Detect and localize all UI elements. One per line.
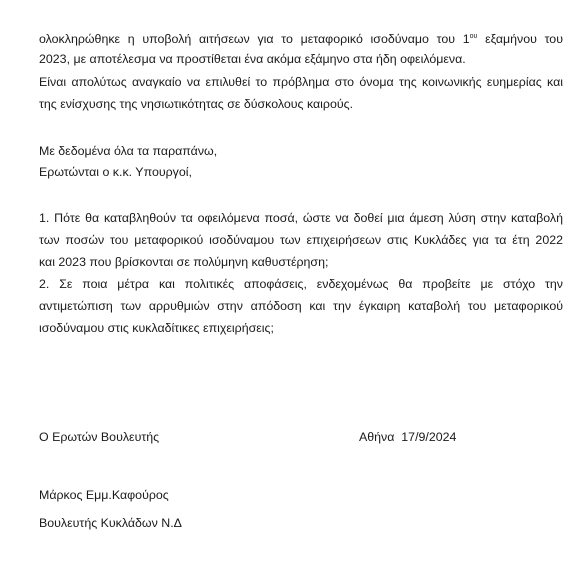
paragraph-2-line-2: της ενίσχυσης της νησιωτικότητας σε δύσκ…: [39, 96, 353, 112]
question-1-line-2: των ποσών του μεταφορικού ισοδύναμου των…: [39, 232, 563, 248]
signature-role-label: Ο Ερωτών Βουλευτής: [39, 429, 159, 445]
question-2-line-1: 2. Σε ποια μέτρα και πολιτικές αποφάσεις…: [39, 276, 563, 292]
paragraph-1-line-2: 2023, με αποτέλεσμα να προστίθεται ένα α…: [39, 51, 466, 67]
signatory-title: Βουλευτής Κυκλάδων Ν.Δ: [39, 515, 182, 531]
place-date: Αθήνα 17/9/2024: [359, 429, 456, 445]
question-2-line-3: ισοδύναμου στις κυκλαδίτικες επιχειρήσει…: [39, 320, 274, 336]
question-1-line-3: και 2023 που βρίσκονται σε πολύμηνη καθυ…: [39, 254, 328, 270]
closing-intro: Με δεδομένα όλα τα παραπάνω,: [39, 143, 217, 159]
paragraph-2-line-1: Είναι απολύτως αναγκαίο να επιλυθεί το π…: [39, 74, 563, 90]
signatory-name: Μάρκος Εμμ.Καφούρος: [39, 487, 169, 503]
question-2-line-2: αντιμετώπιση των αρρυθμιών στην απόδοση …: [39, 298, 563, 314]
question-1-line-1: 1. Πότε θα καταβληθούν τα οφειλόμενα ποσ…: [39, 210, 563, 226]
paragraph-1-line-1: ολοκληρώθηκε η υποβολή αιτήσεων για το μ…: [39, 31, 563, 47]
addressees: Ερωτώνται ο κ.κ. Υπουργοί,: [39, 164, 192, 180]
